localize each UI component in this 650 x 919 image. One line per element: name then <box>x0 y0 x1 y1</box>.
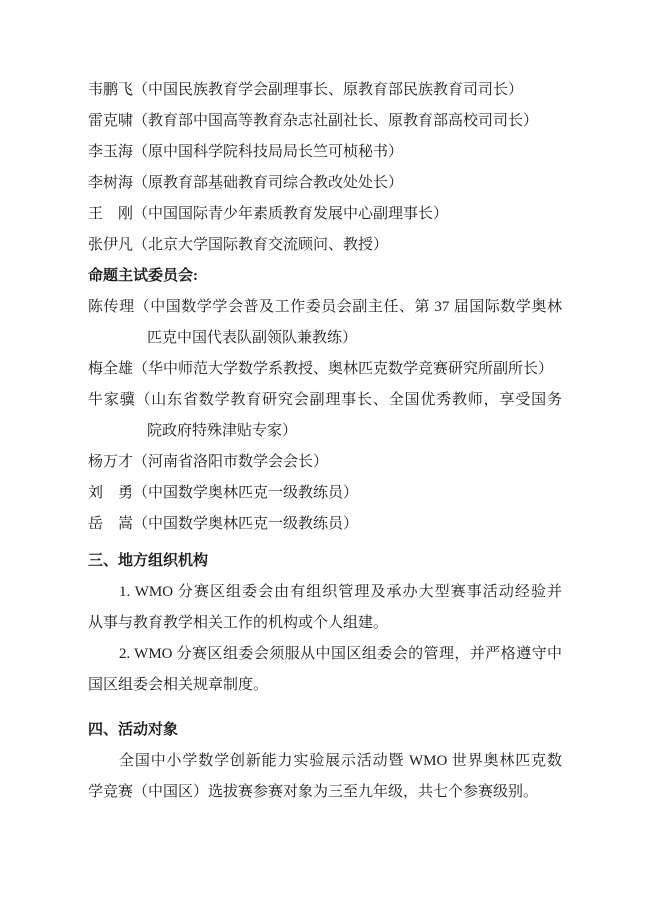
text-line: 李玉海（原中国科学院科技局局长竺可桢秘书） <box>88 137 562 168</box>
text-line: 张伊凡（北京大学国际教育交流顾问、教授） <box>88 230 562 261</box>
text-line: 匹克中国代表队副领队兼教练） <box>88 323 562 354</box>
text-line: 王 刚（中国国际青少年素质教育发展中心副理事长） <box>88 199 562 230</box>
text-line: 全国中小学数学创新能力实验展示活动暨 WMO 世界奥林匹克数 <box>88 746 562 777</box>
text-line: 牛家骥（山东省数学教育研究会副理事长、全国优秀教师，享受国务 <box>88 385 562 416</box>
text-line: 陈传理（中国数学学会普及工作委员会副主任、第 37 届国际数学奥林 <box>88 292 562 323</box>
committee-subheading: 命题主试委员会: <box>88 261 562 292</box>
document-page: 韦鹏飞（中国民族教育学会副理事长、原教育部民族教育司司长）雷克啸（教育部中国高等… <box>0 0 650 919</box>
text-line: 院政府特殊津贴专家） <box>88 416 562 447</box>
text-line: 岳 嵩（中国数学奥林匹克一级教练员） <box>88 509 562 540</box>
section-heading: 三、地方组织机构 <box>88 546 562 577</box>
text-line: 杨万才（河南省洛阳市数学会会长） <box>88 447 562 478</box>
text-line: 从事与教育教学相关工作的机构或个人组建。 <box>88 608 562 639</box>
document-content: 韦鹏飞（中国民族教育学会副理事长、原教育部民族教育司司长）雷克啸（教育部中国高等… <box>88 75 562 808</box>
text-line: 1. WMO 分赛区组委会由有组织管理及承办大型赛事活动经验并 <box>88 577 562 608</box>
section-heading: 四、活动对象 <box>88 715 562 746</box>
text-line: 国区组委会相关规章制度。 <box>88 670 562 701</box>
text-line: 梅全雄（华中师范大学数学系教授、奥林匹克数学竞赛研究所副所长） <box>88 354 562 385</box>
text-line: 2. WMO 分赛区组委会须服从中国区组委会的管理，并严格遵守中 <box>88 639 562 670</box>
text-line: 刘 勇（中国数学奥林匹克一级教练员） <box>88 478 562 509</box>
text-line: 雷克啸（教育部中国高等教育杂志社副社长、原教育部高校司司长） <box>88 106 562 137</box>
text-line: 李树海（原教育部基础教育司综合教改处处长） <box>88 168 562 199</box>
text-line: 学竞赛（中国区）选拔赛参赛对象为三至九年级，共七个参赛级别。 <box>88 777 562 808</box>
text-line: 韦鹏飞（中国民族教育学会副理事长、原教育部民族教育司司长） <box>88 75 562 106</box>
